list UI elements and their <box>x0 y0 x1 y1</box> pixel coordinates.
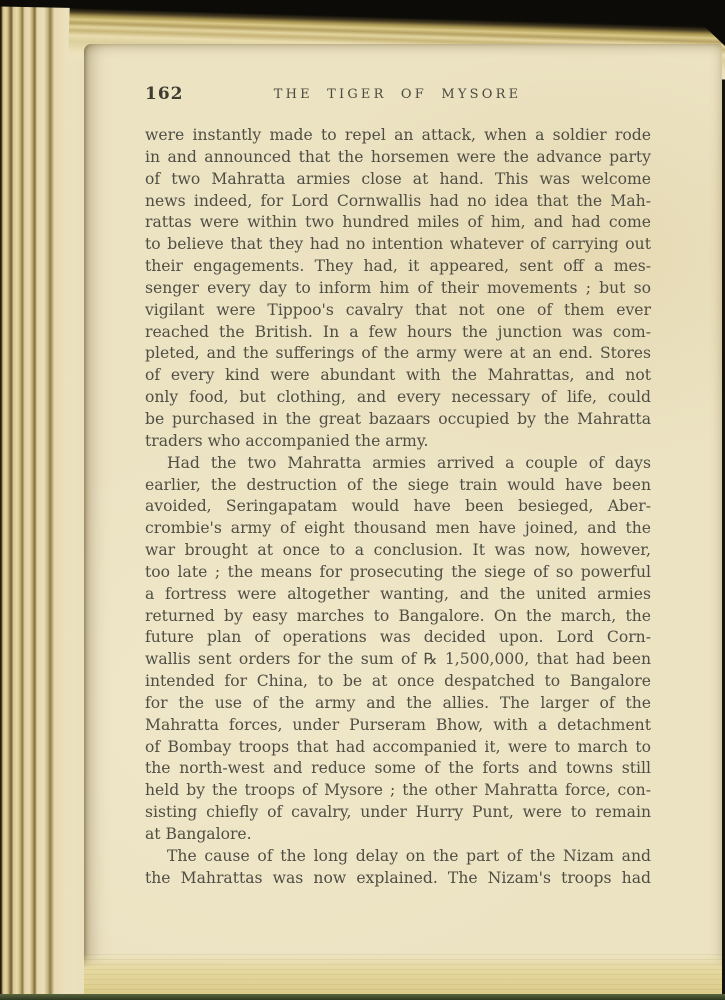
text-line: the Mahrattas was now explained. The Niz… <box>145 868 651 890</box>
text-line: of Bombay troops that had accompanied it… <box>145 737 651 759</box>
text-line: Had the two Mahratta armies arrived a co… <box>145 453 651 475</box>
text-line: be purchased in the great bazaars occupi… <box>145 409 651 431</box>
text-line: vigilant were Tippoo's cavalry that not … <box>145 300 651 322</box>
book-page: 162 THE TIGER OF MYSORE were instantly m… <box>84 44 722 996</box>
text-line: earlier, the destruction of the siege tr… <box>145 475 651 497</box>
text-line: only food, but clothing, and every neces… <box>145 387 651 409</box>
text-line: of two Mahratta armies close at hand. Th… <box>145 169 651 191</box>
text-line: were instantly made to repel an attack, … <box>145 125 651 147</box>
text-line: to believe that they had no intention wh… <box>145 234 651 256</box>
running-title: THE TIGER OF MYSORE <box>145 87 650 102</box>
dark-background-bottom <box>0 994 725 1000</box>
text-line: news indeed, for Lord Cornwallis had no … <box>145 191 651 213</box>
text-line: crombie's army of eight thousand men hav… <box>145 518 651 540</box>
text-line: war brought at once to a conclusion. It … <box>145 540 651 562</box>
text-line: too late ; the means for prosecuting the… <box>145 562 651 584</box>
book-bottom-page-edges <box>84 954 722 996</box>
text-line: rattas were within two hundred miles of … <box>145 212 651 234</box>
text-line: their engagements. They had, it appeared… <box>145 256 651 278</box>
text-line: returned by easy marches to Bangalore. O… <box>145 606 651 628</box>
text-line: sisting chiefly of cavalry, under Hurry … <box>145 802 651 824</box>
book-left-page-edges <box>0 0 95 1000</box>
text-line: a fortress were altogether wanting, and … <box>145 584 651 606</box>
text-line: intended for China, to be at once despat… <box>145 671 651 693</box>
scanned-book-photo: 162 THE TIGER OF MYSORE were instantly m… <box>0 0 725 1000</box>
text-line: in and announced that the horsemen were … <box>145 147 651 169</box>
paragraph: were instantly made to repel an attack, … <box>145 125 651 453</box>
paragraph: Had the two Mahratta armies arrived a co… <box>145 453 651 846</box>
page-text: were instantly made to repel an attack, … <box>145 125 651 890</box>
text-line: the north-west and reduce some of the fo… <box>145 758 651 780</box>
text-line: Mahratta forces, under Purseram Bhow, wi… <box>145 715 651 737</box>
text-line: of every kind were abundant with the Mah… <box>145 365 651 387</box>
page-header: 162 THE TIGER OF MYSORE <box>145 84 650 108</box>
text-line: future plan of operations was decided up… <box>145 627 651 649</box>
text-line: reached the British. In a few hours the … <box>145 322 651 344</box>
paragraph: The cause of the long delay on the part … <box>145 846 651 890</box>
text-line: avoided, Seringapatam would have been be… <box>145 496 651 518</box>
text-line: held by the troops of Mysore ; the other… <box>145 780 651 802</box>
text-line: wallis sent orders for the sum of ℞ 1,50… <box>145 649 651 671</box>
text-line: senger every day to inform him of their … <box>145 278 651 300</box>
text-line: The cause of the long delay on the part … <box>145 846 651 868</box>
text-line: for the use of the army and the allies. … <box>145 693 651 715</box>
text-line: pleted, and the sufferings of the army w… <box>145 343 651 365</box>
text-line: traders who accompanied the army. <box>145 431 651 453</box>
text-line: at Bangalore. <box>145 824 651 846</box>
